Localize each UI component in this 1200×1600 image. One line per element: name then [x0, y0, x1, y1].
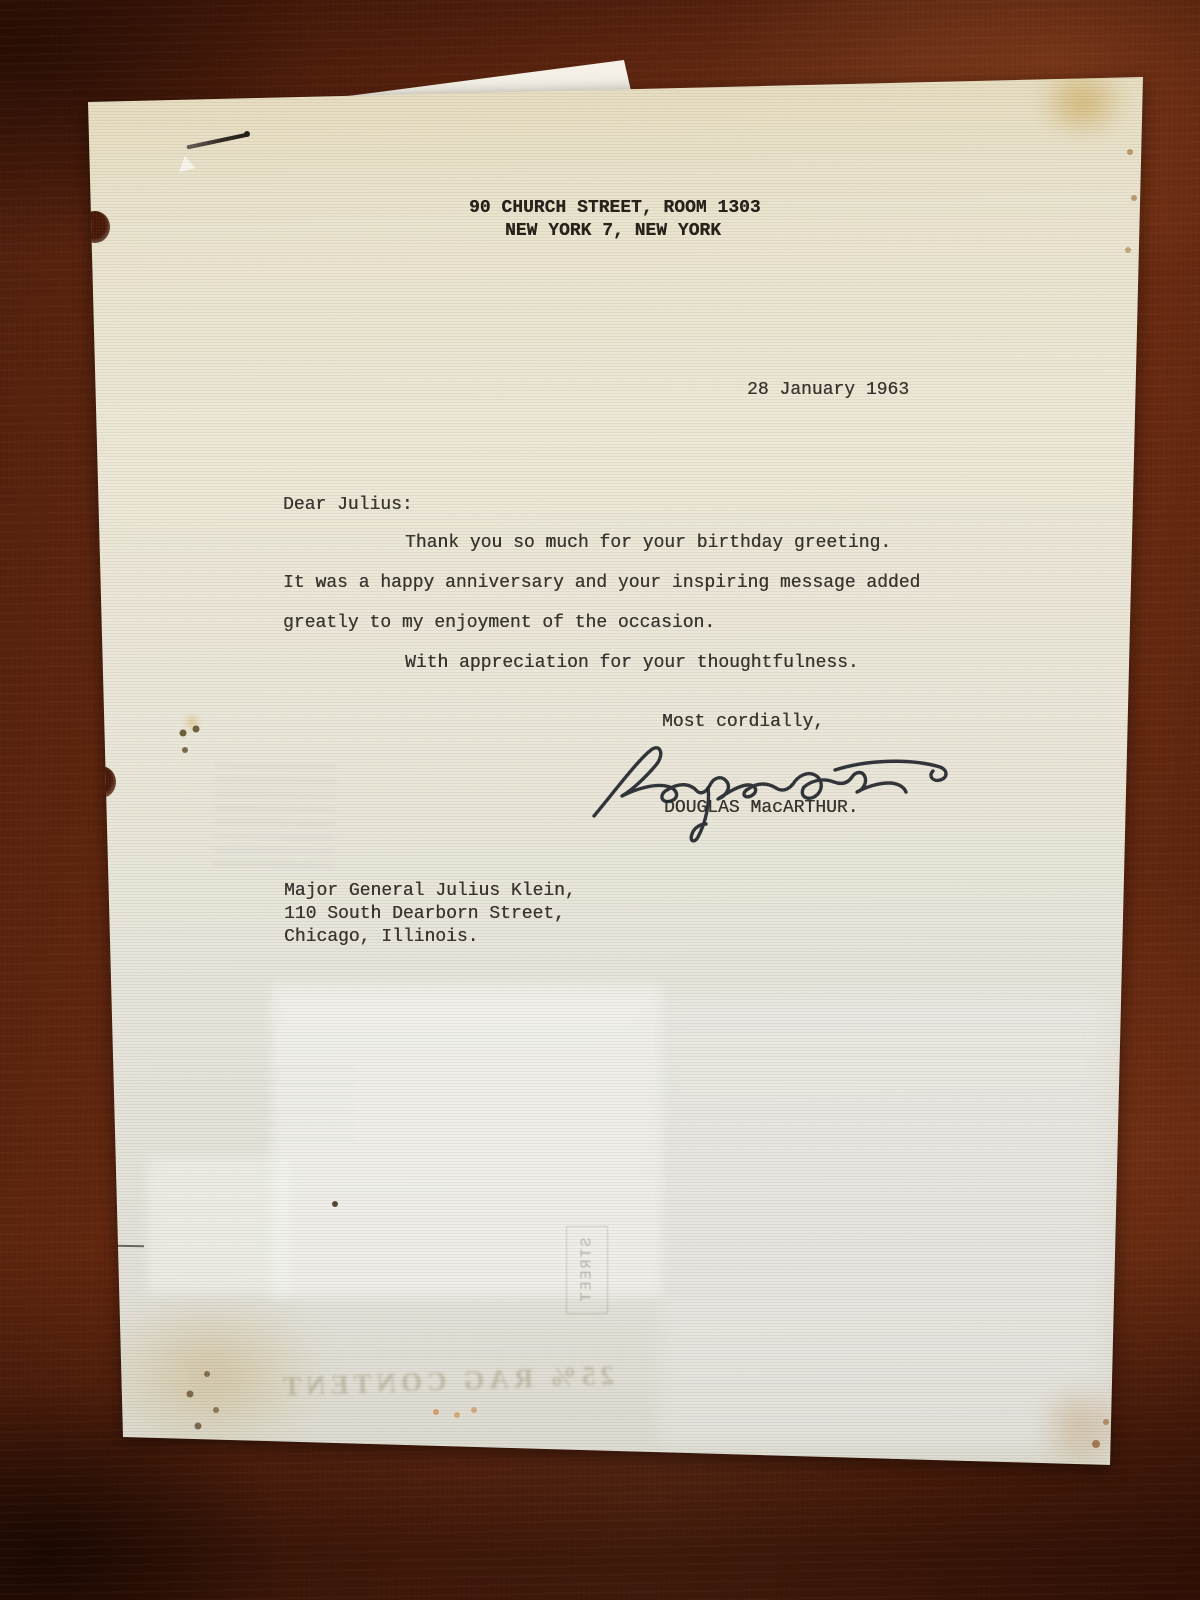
ghost-stamp-box: STREET [566, 1226, 608, 1314]
paper-chip [179, 155, 198, 175]
letterhead-line2: NEW YORK 7, NEW YORK [505, 222, 721, 240]
show-through-sheet [147, 1157, 289, 1295]
bottom-right-aging [1035, 1380, 1125, 1470]
bottom-left-aging [95, 1290, 325, 1460]
letter-paper-shadow: STREET 25% RAG CONTENT 90 CHURCH STREET,… [0, 0, 1200, 1600]
punch-hole [86, 766, 116, 798]
body-line: It was a happy anniversary and your insp… [283, 574, 920, 592]
body-line: Thank you so much for your birthday gree… [405, 534, 891, 552]
punch-hole [80, 211, 110, 243]
staple [186, 132, 248, 149]
letter-paper: STREET 25% RAG CONTENT 90 CHURCH STREET,… [0, 0, 1200, 1600]
show-through-sheet [272, 985, 662, 1297]
letterhead-line1: 90 CHURCH STREET, ROOM 1303 [469, 199, 761, 217]
typed-signature-name: DOUGLAS MacARTHUR. [664, 799, 858, 817]
staple-end [244, 131, 250, 137]
ghost-stamp-text: STREET [579, 1237, 596, 1303]
closing: Most cordially, [662, 713, 824, 731]
recipient-line: Chicago, Illinois. [284, 928, 478, 946]
salutation: Dear Julius: [283, 496, 413, 514]
pencil-mark [110, 1245, 144, 1248]
ghost-watermark-text: 25% RAG CONTENT [278, 1360, 615, 1403]
body-line: With appreciation for your thoughtfulnes… [405, 654, 859, 672]
punch-hole [86, 1305, 116, 1337]
top-right-stain [1035, 62, 1130, 142]
handwritten-signature [588, 740, 960, 850]
foxing-specks [0, 0, 4, 4]
letter-date: 28 January 1963 [747, 381, 909, 399]
body-line: greatly to my enjoyment of the occasion. [283, 614, 715, 632]
recipient-line: 110 South Dearborn Street, [284, 905, 565, 923]
ghost-text-smudge [262, 1058, 354, 1140]
recipient-line: Major General Julius Klein, [284, 882, 576, 900]
show-through-sheet [660, 995, 1105, 1447]
ghost-text-smudge [213, 757, 337, 867]
